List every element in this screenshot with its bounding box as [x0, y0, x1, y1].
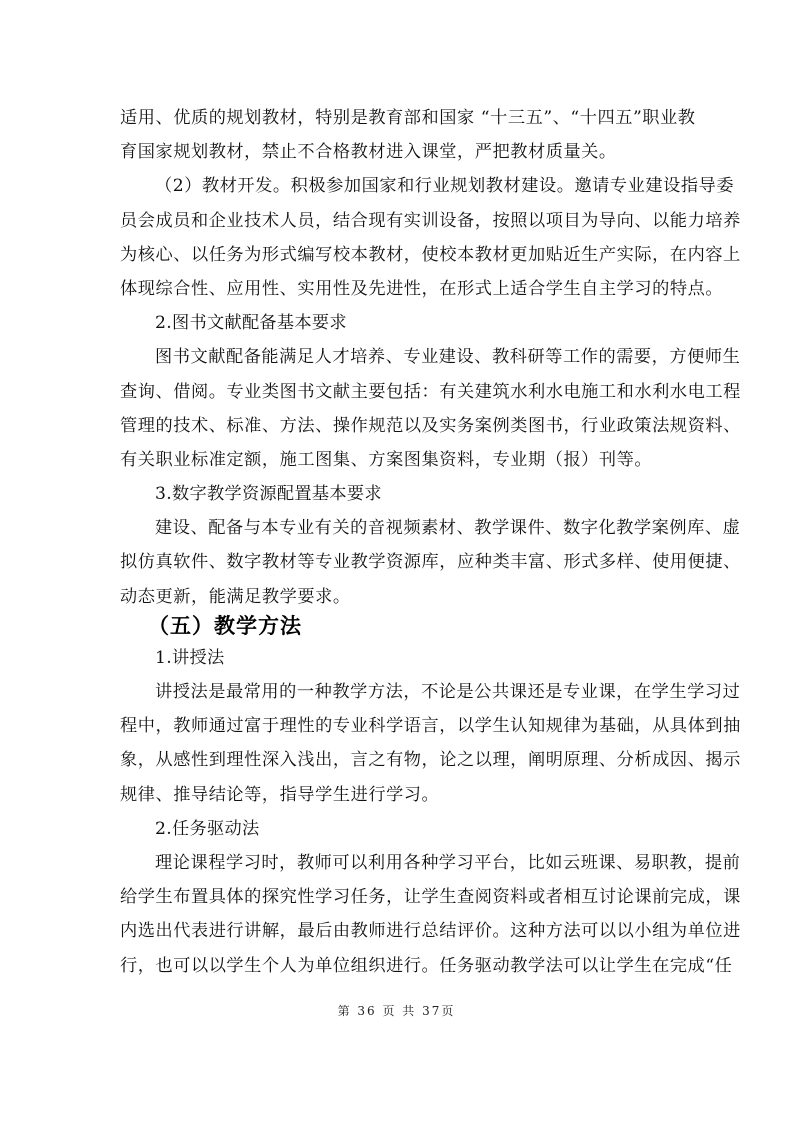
- text-line: 育国家规划教材，禁止不合格教材进入课堂，严把教材质量关。: [120, 135, 674, 169]
- text-line: 建设、配备与本专业有关的音视频素材、教学课件、数字化教学案例库、虚: [120, 511, 674, 545]
- paragraph-library-resources: 图书文献配备能满足人才培养、专业建设、教科研等工作的需要，方便师生 查询、借阅。…: [120, 340, 674, 477]
- text-line: 程中，教师通过富于理性的专业科学语言，以学生认知规律为基础，从具体到抽: [120, 709, 674, 743]
- text-line: 内选出代表进行讲解，最后由教师进行总结评价。这种方法可以以小组为单位进: [120, 914, 674, 948]
- text-line: 动态更新，能满足教学要求。: [120, 580, 674, 614]
- text-line: （2）教材开发。积极参加国家和行业规划教材建设。邀请专业建设指导委: [120, 169, 674, 203]
- paragraph-textbook-development: （2）教材开发。积极参加国家和行业规划教材建设。邀请专业建设指导委 员会成员和企…: [120, 169, 674, 306]
- text-line: 体现综合性、应用性、实用性及先进性，在形式上适合学生自主学习的特点。: [120, 272, 674, 306]
- text-line: 管理的技术、标准、方法、操作规范以及实务案例类图书，行业政策法规资料、: [120, 409, 674, 443]
- paragraph-lecture-method: 讲授法是最常用的一种教学方法，不论是公共课还是专业课，在学生学习过 程中，教师通…: [120, 675, 674, 812]
- text-line: 拟仿真软件、数字教材等专业教学资源库，应种类丰富、形式多样、使用便捷、: [120, 545, 674, 579]
- section-heading-teaching-methods: （五）教学方法: [120, 611, 674, 641]
- text-line: 讲授法是最常用的一种教学方法，不论是公共课还是专业课，在学生学习过: [120, 675, 674, 709]
- text-line: 图书文献配备能满足人才培养、专业建设、教科研等工作的需要，方便师生: [120, 340, 674, 374]
- text-line: 规律、推导结论等，指导学生进行学习。: [120, 778, 674, 812]
- subheading-lecture-method: 1.讲授法: [120, 641, 674, 675]
- text-line: 适用、优质的规划教材，特别是教育部和国家 “十三五”、“十四五”职业教: [120, 101, 674, 135]
- subheading-library-resources: 2.图书文献配备基本要求: [120, 306, 674, 340]
- text-line: 查询、借阅。专业类图书文献主要包括：有关建筑水利水电施工和水利水电工程: [120, 375, 674, 409]
- text-line: 为核心、以任务为形式编写校本教材，使校本教材更加贴近生产实际，在内容上: [120, 238, 674, 272]
- text-line: 象，从感性到理性深入浅出，言之有物，论之以理，阐明原理、分析成因、揭示: [120, 743, 674, 777]
- text-line: 给学生布置具体的探究性学习任务，让学生查阅资料或者相互讨论课前完成，课: [120, 880, 674, 914]
- subheading-digital-resources: 3.数字教学资源配置基本要求: [120, 477, 674, 511]
- subheading-task-driven-method: 2.任务驱动法: [120, 812, 674, 846]
- paragraph-task-driven-method: 理论课程学习时，教师可以利用各种学习平台，比如云班课、易职教，提前 给学生布置具…: [120, 846, 674, 983]
- paragraph-digital-resources: 建设、配备与本专业有关的音视频素材、教学课件、数字化教学案例库、虚 拟仿真软件、…: [120, 511, 674, 614]
- paragraph-textbook-selection-continued: 适用、优质的规划教材，特别是教育部和国家 “十三五”、“十四五”职业教 育国家规…: [120, 101, 674, 169]
- text-line: 员会成员和企业技术人员，结合现有实训设备，按照以项目为导向、以能力培养: [120, 204, 674, 238]
- page-number-footer: 第 36 页 共 37页: [0, 1002, 793, 1019]
- document-page: 适用、优质的规划教材，特别是教育部和国家 “十三五”、“十四五”职业教 育国家规…: [0, 0, 793, 1122]
- page-body: 适用、优质的规划教材，特别是教育部和国家 “十三五”、“十四五”职业教 育国家规…: [120, 101, 674, 983]
- text-line: 行，也可以以学生个人为单位组织进行。任务驱动教学法可以让学生在完成“任: [120, 949, 674, 983]
- text-line: 有关职业标准定额，施工图集、方案图集资料，专业期（报）刊等。: [120, 443, 674, 477]
- text-line: 理论课程学习时，教师可以利用各种学习平台，比如云班课、易职教，提前: [120, 846, 674, 880]
